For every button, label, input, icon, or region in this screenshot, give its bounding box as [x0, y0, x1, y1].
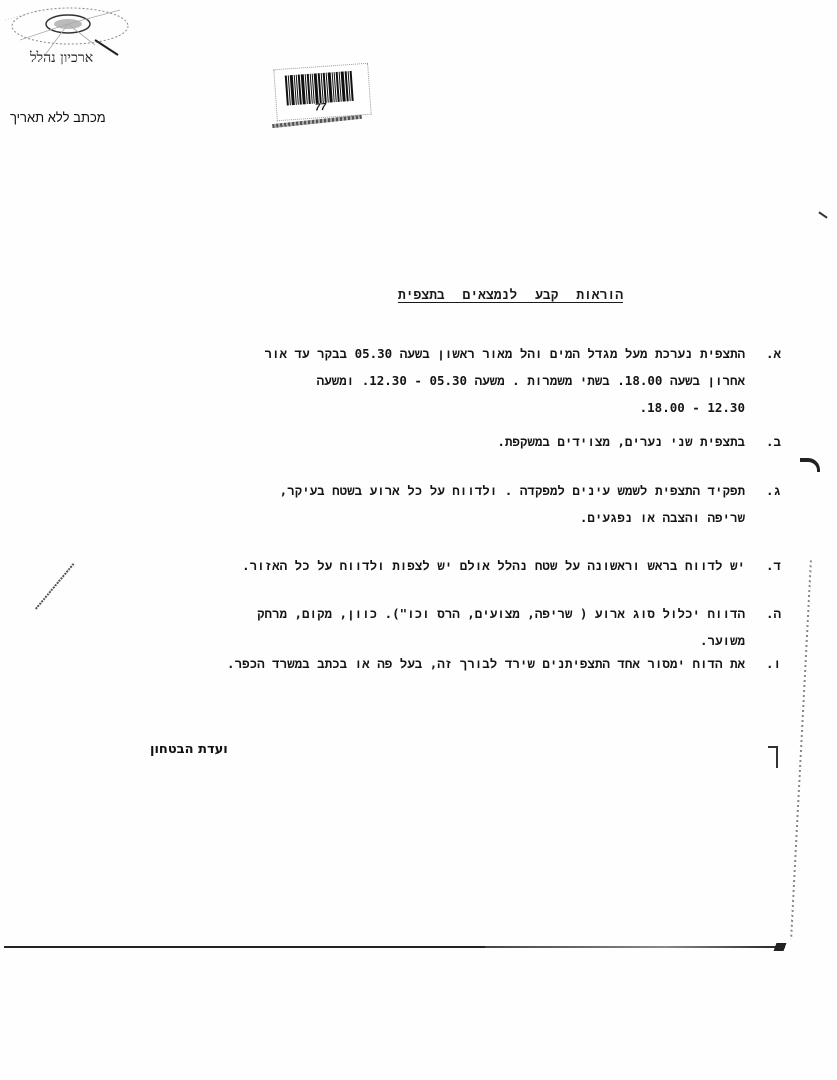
- page-edge-line: [485, 946, 785, 948]
- page-edge-line: [774, 943, 787, 951]
- instruction-item: ה. הדווח יכלול סוג ארוע ( שריפה, מצועים,…: [205, 600, 745, 654]
- archive-logo: ארכיון נהלל: [0, 0, 130, 75]
- instruction-item: ו. את הדוח ימסור אחד התצפיתנים שירד לבור…: [165, 650, 745, 677]
- scan-artifact: [35, 562, 75, 609]
- instruction-item: ג. תפקיד התצפית לשמש עינים למפקדה . ולדו…: [255, 477, 745, 531]
- item-line: שריפה והצבה או נפגעים.: [255, 504, 745, 531]
- item-line: יש לדווח בראש וראשונה על שטח נהלל אולם י…: [205, 552, 745, 579]
- scanned-document-page: ארכיון נהלל מכתב ללא תאריך 77 הוראות קבע…: [0, 0, 837, 1080]
- item-line: הדווח יכלול סוג ארוע ( שריפה, מצועים, הר…: [205, 600, 745, 654]
- item-letter: ה.: [757, 600, 781, 627]
- page-edge-line: [4, 946, 489, 948]
- barcode-icon: [285, 70, 362, 105]
- item-line: בתצפית שני נערים, מצוידים במשקפת.: [255, 428, 745, 455]
- instruction-item: ב. בתצפית שני נערים, מצוידים במשקפת.: [255, 428, 745, 455]
- item-letter: א.: [757, 340, 781, 367]
- barcode-number: 77: [315, 102, 327, 114]
- punch-hole-mark: [800, 458, 820, 472]
- instruction-item: ד. יש לדווח בראש וראשונה על שטח נהלל אול…: [205, 552, 745, 579]
- item-line: התצפית נערכת מעל מגדל המים והל מאור ראשו…: [255, 340, 745, 367]
- barcode-sticker: 77: [273, 63, 371, 122]
- instruction-item: א. התצפית נערכת מעל מגדל המים והל מאור ר…: [255, 340, 745, 421]
- item-line: את הדוח ימסור אחד התצפיתנים שירד לבורך ז…: [165, 650, 745, 677]
- item-letter: ד.: [757, 552, 781, 579]
- item-line: 12.30 - 18.00.: [255, 394, 745, 421]
- sticker-edge: [272, 115, 362, 128]
- item-letter: ב.: [757, 428, 781, 455]
- document-title: הוראות קבע לנמצאים בתצפית: [368, 288, 623, 303]
- scan-artifact: [790, 560, 812, 940]
- item-line: אחרון בשעה 18.00. בשתי משמרות . משעה 05.…: [255, 367, 745, 394]
- undated-letter-note: מכתב ללא תאריך: [10, 110, 110, 125]
- item-letter: ו.: [757, 650, 781, 677]
- signature: ועדת הבטחון: [150, 742, 228, 757]
- item-letter: ג.: [757, 477, 781, 504]
- bracket-mark: [768, 746, 778, 768]
- scan-artifact: [818, 211, 827, 218]
- item-line: תפקיד התצפית לשמש עינים למפקדה . ולדווח …: [255, 477, 745, 504]
- archive-name: ארכיון נהלל: [30, 50, 93, 67]
